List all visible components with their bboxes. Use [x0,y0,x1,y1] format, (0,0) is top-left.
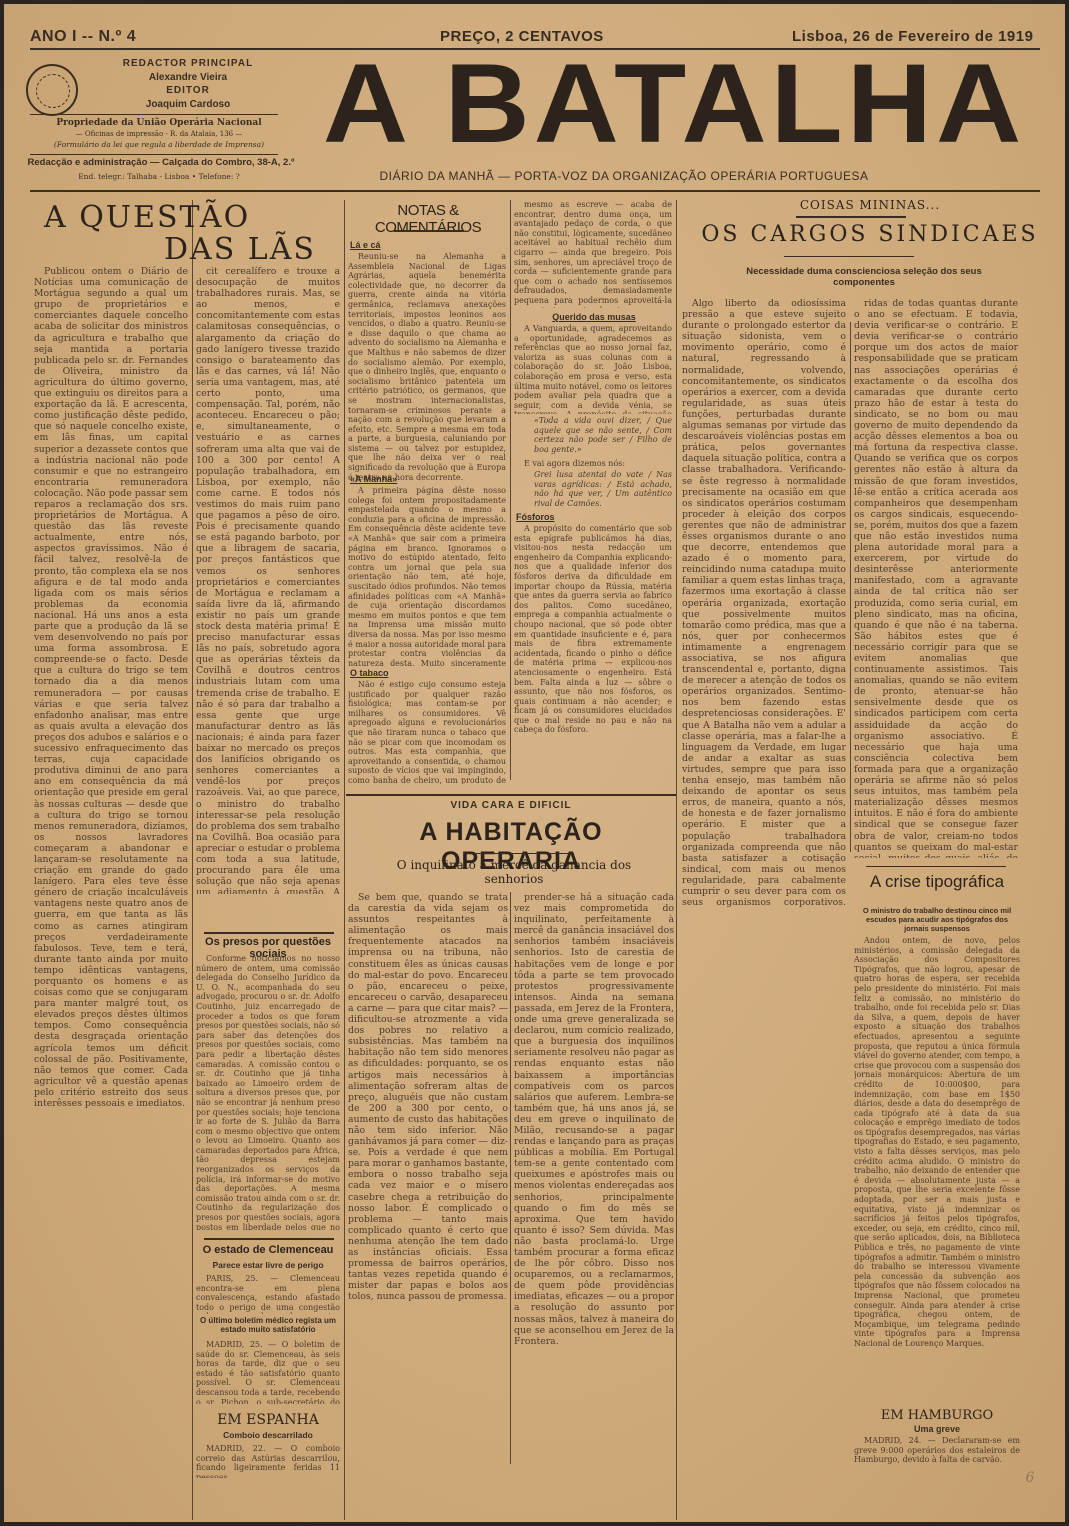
habitacao-col2: prender-se há a situação cada vez mais c… [514,892,674,1464]
article-questao-col1: Publicou ontem o Diário de Notícias uma … [34,266,188,1514]
clemenceau-subtitle: Parece estar livre de perigo [196,1260,340,1270]
headline-crise: A crise tipográfica [854,872,1020,892]
notas-musas-body: A Vanguarda, a quem, aproveitando a opor… [514,324,672,414]
crise-body: Andou ontem, de novo, pelos ministérios,… [854,936,1020,1406]
notas-sec1-title: Lá e cá [350,240,410,250]
owner: Propriedade da União Operária Nacional [24,118,294,128]
tagline: DIÁRIO DA MANHÃ — PORTA-VOZ DA ORGANIZAÇ… [344,169,904,183]
cargos-subtitle: Necessidade duma conscienciosa seleção d… [744,266,984,288]
notas-fosforos-title: Fósforos [516,512,576,522]
notas-sec2-title: «A Manhã» [350,474,430,484]
newspaper-page: ANO I -- N.º 4 PREÇO, 2 CENTAVOS Lisboa,… [4,4,1065,1522]
habitacao-col1: Se bem que, quando se trata da carestia … [348,892,508,1464]
clemenceau-body1: PARIS, 25. — Clemenceau encontra-se em p… [196,1274,340,1314]
article-questao-col2: cit cerealífero e trouxe a desocupação d… [196,266,340,894]
cargos-col2: ridas de todas quantas durante o ano se … [854,298,1018,858]
crise-subtitle: O ministro do trabalho destinou cinco mi… [854,906,1020,933]
article-presos: Conforme noticiámos no nosso número de o… [196,954,340,1230]
notas-sec3-title: O tabaco [350,668,430,678]
notas-musas-title: Querido das musas [516,312,672,322]
masthead-rule [30,190,1040,192]
headline-cargos: OS CARGOS SINDICAES [680,222,1060,247]
telegraph: End. telegr.: Talhaba - Lisboa • Telefon… [34,172,284,181]
printing-address: — Oficinas de impressão - R. da Atalaia,… [24,130,294,138]
notas-verse-intro: E vai agora dizemos nós: [514,458,672,470]
redactor-label: REDACTOR PRINCIPAL [88,58,288,69]
union-seal-icon [26,64,78,116]
notas-sec2-body: A primeira página dêste nosso colega foi… [348,486,506,666]
habitacao-kicker: VIDA CARA E DIFICIL [348,800,674,811]
notas-verse1: «Toda a vida ouvi dizer, / Que aquele qu… [514,416,672,456]
notas-sec3-body: Não é estigo cujo consumo esteja justifi… [348,680,506,784]
espanha-subtitle: Comboio descarrilado [196,1430,340,1440]
clemenceau-body2: MADRID, 25. — O boletim de saúde do sr. … [196,1340,340,1404]
headline-questao-line1: A QUESTÃO [44,200,294,235]
notas-verse2: Grei lusa atentai do vate / Nas varas ag… [514,470,672,510]
headline-hamburgo: EM HAMBURGO [854,1408,1020,1423]
headline-questao-line2: DAS LÃS [164,232,344,267]
hamburgo-body: MADRID, 24. — Declararam-se em greve 9:0… [854,1436,1020,1470]
espanha-body: MADRID, 22. — O comboio correio das Astú… [196,1444,340,1478]
redactor-name: Alexandre Vieira [88,72,288,83]
handwritten-mark: 6 [1020,1470,1040,1486]
issue-number: ANO I -- N.º 4 [30,28,136,46]
newspaper-title: A BATALHA [304,57,1044,152]
notas-cont-body: mesmo as escreve — acaba de encontrar, d… [514,200,672,308]
cargos-col1: Algo liberto da odiosíssima pressão a qu… [682,298,846,908]
clemenceau-subtitle2: O último boletim médico regista um estad… [196,1316,340,1334]
headline-espanha: EM ESPANHA [196,1412,340,1428]
address: Redacção e administração — Calçada do Co… [16,157,306,168]
legal-note: (Formulário da lei que regula a liberdad… [24,140,294,149]
editor-name: Joaquim Cardoso [88,99,288,110]
headline-clemenceau: O estado de Clemenceau [196,1244,340,1256]
hamburgo-subtitle: Uma greve [854,1424,1020,1434]
habitacao-subtitle: O inquilinato à mercê da ganancia dos se… [374,858,654,886]
notas-fosforos-body: A propósito do comentário que sob esta e… [514,524,672,784]
editor-label: EDITOR [88,85,288,96]
cargos-kicker: COISAS MININAS... [680,198,1060,212]
